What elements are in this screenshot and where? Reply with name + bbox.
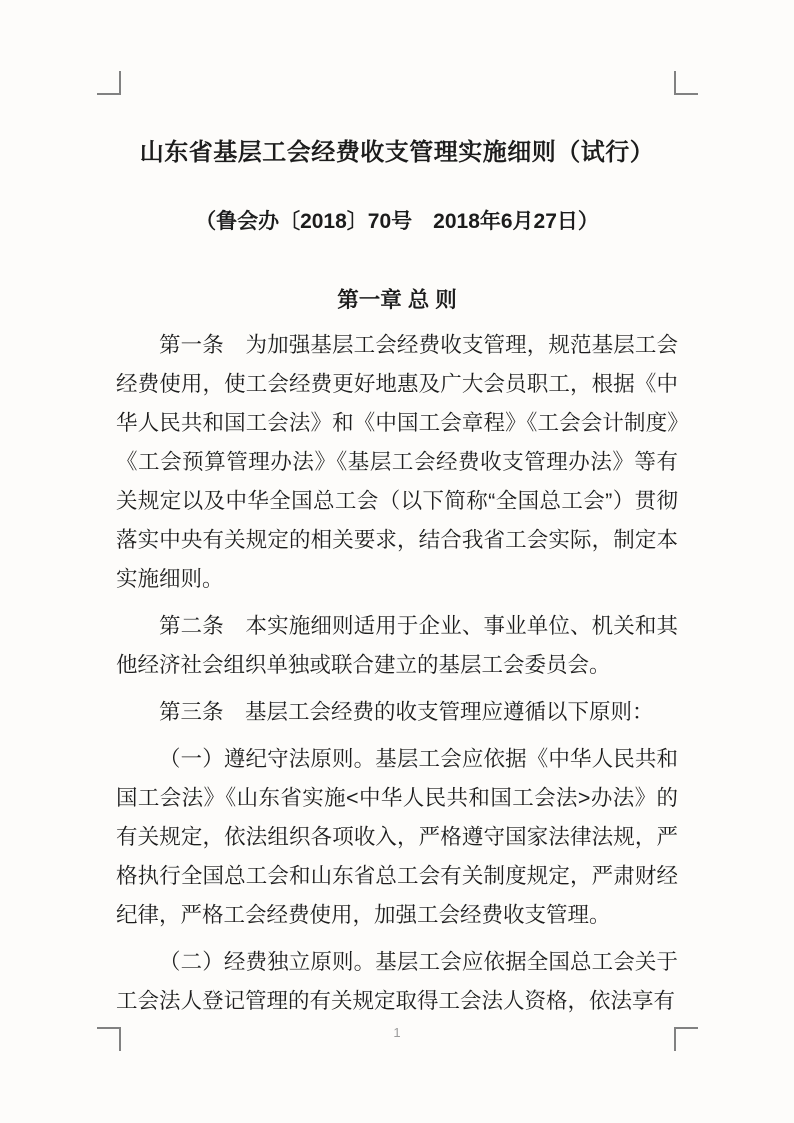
document-paragraph: 第三条 基层工会经费的收支管理应遵循以下原则： [116, 693, 678, 732]
document-page: 山东省基层工会经费收支管理实施细则（试行） （鲁会办〔2018〕70号 2018… [0, 0, 794, 1123]
page-number: 1 [0, 1024, 794, 1042]
document-docket-line: （鲁会办〔2018〕70号 2018年6月27日） [116, 207, 678, 237]
document-paragraph: 第一条 为加强基层工会经费收支管理，规范基层工会经费使用，使工会经费更好地惠及广… [116, 326, 678, 599]
document-paragraph: （一）遵纪守法原则。基层工会应依据《中华人民共和国工会法》《山东省实施<中华人民… [116, 740, 678, 935]
chapter-heading: 第一章 总 则 [116, 284, 678, 316]
document-content: 山东省基层工会经费收支管理实施细则（试行） （鲁会办〔2018〕70号 2018… [116, 0, 678, 1021]
document-title: 山东省基层工会经费收支管理实施细则（试行） [116, 136, 678, 170]
document-body: 第一条 为加强基层工会经费收支管理，规范基层工会经费使用，使工会经费更好地惠及广… [116, 326, 678, 1021]
document-paragraph: 第二条 本实施细则适用于企业、事业单位、机关和其他经济社会组织单独或联合建立的基… [116, 607, 678, 685]
document-paragraph: （二）经费独立原则。基层工会应依据全国总工会关于工会法人登记管理的有关规定取得工… [116, 943, 678, 1021]
